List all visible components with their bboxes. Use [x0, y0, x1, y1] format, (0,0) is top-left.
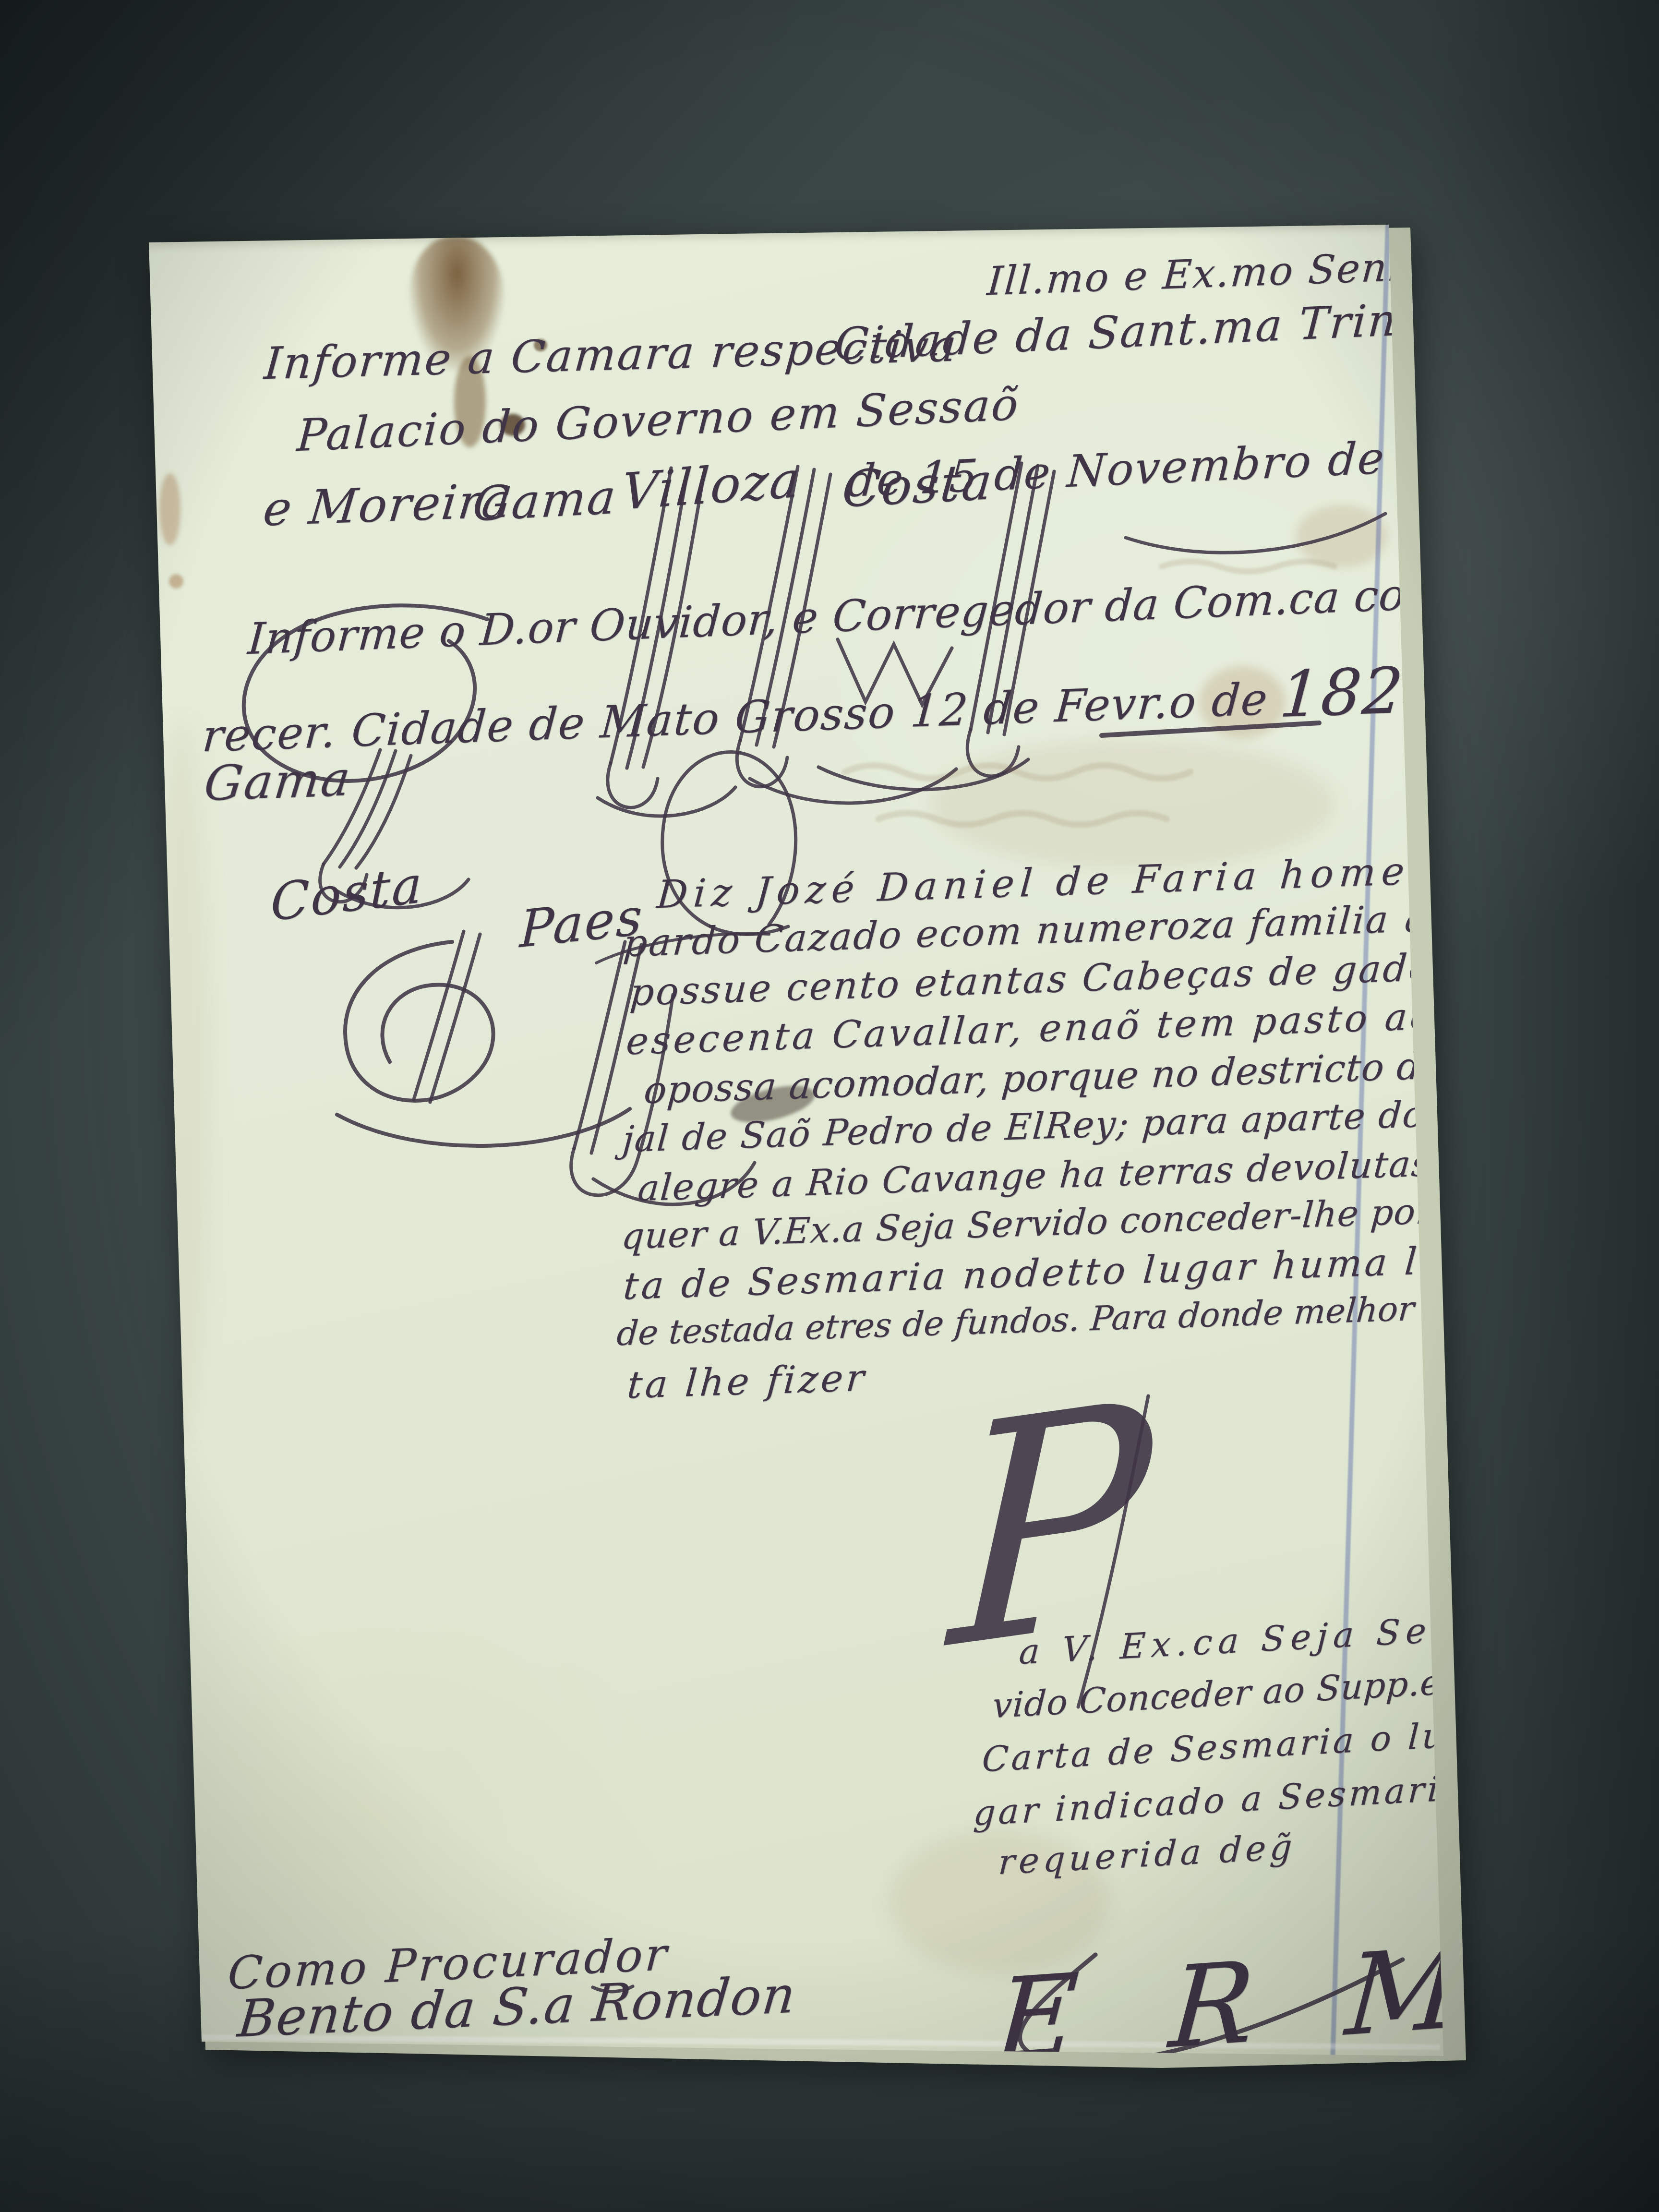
signature-costa-2: Costa: [270, 855, 424, 933]
despacho-camara-line2-left: Palacio do Governo em Sessaõ: [296, 379, 1021, 461]
signature-costa: Costa: [840, 453, 995, 519]
costa2-rubric-swash: [337, 1109, 630, 1146]
petition-line-11: ta lhe fizer: [625, 1357, 868, 1407]
photo-background: Ill.mo e Ex.mo Senhor Informe a Camara r…: [0, 0, 1659, 2212]
bleed-squiggle-3: [1162, 562, 1334, 572]
paper-edge-shadow-top: [144, 210, 1397, 247]
pede-line-4: gar indicado a Sesmaria: [973, 1767, 1466, 1833]
warm-left-edge: [150, 720, 212, 1440]
stain-heading-right: [1296, 505, 1387, 567]
costa2-rubric-spiral: [345, 942, 493, 1101]
villoza-rubric-swash: [750, 769, 956, 803]
signature-villoza: Villoza: [620, 451, 803, 521]
gama-rubric-loop: [608, 763, 658, 807]
gama-rubric-swash: [598, 787, 735, 816]
foxing-left-2: [169, 574, 183, 589]
paper-stack: Ill.mo e Ex.mo Senhor Informe a Camara r…: [0, 0, 1659, 2212]
pede-line-3: Carta de Sesmaria o lu: [981, 1715, 1448, 1779]
bleedthrough-patch: [931, 739, 1334, 869]
despacho-ouvidor-line2: recer. Cidade de Mato Grosso 12 de Fevr.…: [200, 650, 1447, 767]
signature-gama: Gama: [470, 470, 619, 532]
paper-edge-fringe-top: [144, 204, 1392, 228]
foxing-left-1: [159, 473, 180, 545]
costa2-rubric-stroke: [414, 931, 480, 1102]
signature-gama-2: Gama: [202, 751, 354, 811]
